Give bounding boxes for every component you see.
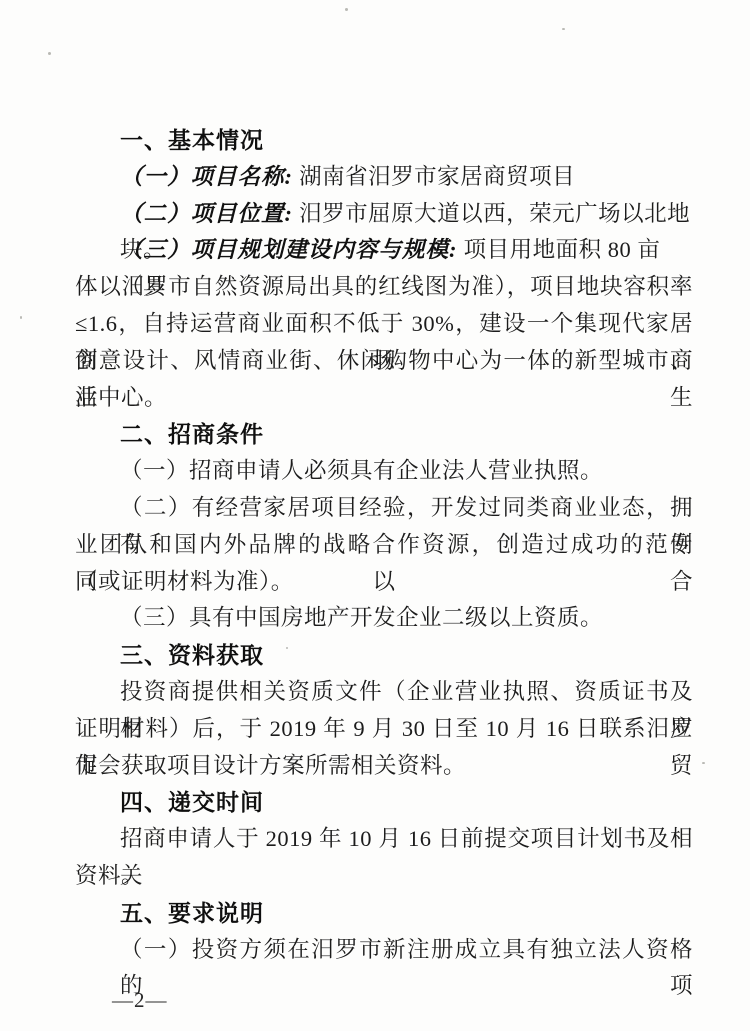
section-heading-5: 五、要求说明 [75, 895, 693, 932]
document-page: 一、基本情况 （一）项目名称: 湖南省汨罗市家居商贸项目 （二）项目位置: 汨罗… [0, 0, 750, 1031]
body-line: 证明材料）后，于 2019 年 9 月 30 日至 10 月 16 日联系汨罗市… [75, 711, 693, 748]
section-heading-1-text: 一、基本情况 [120, 127, 264, 153]
body-text: 创意设计、风情商业街、休闲购物中心为一体的新型城市商业生 [75, 348, 693, 410]
body-line: 创意设计、风情商业街、休闲购物中心为一体的新型城市商业生 [75, 343, 693, 380]
section-heading-4-text: 四、递交时间 [120, 789, 264, 815]
section-heading-5-text: 五、要求说明 [120, 900, 264, 926]
body-text: （三）具有中国房地产开发企业二级以上资质。 [120, 605, 603, 630]
item-line-project-scale: （三）项目规划建设内容与规模: 项目用地面积 80 亩（具 [75, 232, 693, 269]
body-line: 业团队和国内外品牌的战略合作资源，创造过成功的范例（以合 [75, 527, 693, 564]
item-label: （二）项目位置: [120, 201, 293, 226]
scan-speck [562, 28, 565, 30]
item-line-project-location: （二）项目位置: 汨罗市屈原大道以西，荣元广场以北地块。 [75, 196, 693, 233]
section-heading-3-text: 三、资料获取 [120, 642, 264, 668]
body-line: 投资商提供相关资质文件（企业营业执照、资质证书及相应 [75, 674, 693, 711]
body-text: （一）招商申请人必须具有企业法人营业执照。 [120, 458, 603, 483]
body-line: 资料。 [75, 858, 693, 895]
scan-speck [20, 316, 22, 319]
body-line: ≤1.6，自持运营商业面积不低于 30%，建设一个集现代家居商场、 [75, 306, 693, 343]
body-line: 招商申请人于 2019 年 10 月 16 日前提交项目计划书及相关 [75, 821, 693, 858]
body-line: （三）具有中国房地产开发企业二级以上资质。 [75, 600, 693, 637]
item-label: （一）项目名称: [120, 164, 293, 189]
body-text: 同或证明材料为准）。 [75, 569, 294, 594]
body-text: 资料。 [75, 863, 144, 888]
section-heading-4: 四、递交时间 [75, 784, 693, 821]
section-heading-3: 三、资料获取 [75, 637, 693, 674]
body-text: 体以汨罗市自然资源局出具的红线图为准），项目地块容积率 [75, 274, 693, 299]
body-text: 促会获取项目设计方案所需相关资料。 [75, 753, 466, 778]
document-body: 一、基本情况 （一）项目名称: 湖南省汨罗市家居商贸项目 （二）项目位置: 汨罗… [75, 122, 693, 968]
body-line: （一）招商申请人必须具有企业法人营业执照。 [75, 453, 693, 490]
item-line-project-name: （一）项目名称: 湖南省汨罗市家居商贸项目 [75, 159, 693, 196]
body-line: 体以汨罗市自然资源局出具的红线图为准），项目地块容积率 [75, 269, 693, 306]
item-text: 湖南省汨罗市家居商贸项目 [299, 164, 575, 189]
scan-speck [286, 647, 288, 649]
section-heading-2: 二、招商条件 [75, 416, 693, 453]
scan-speck [345, 8, 348, 11]
scan-speck [702, 762, 705, 764]
page-number: —2— [112, 988, 168, 1013]
body-text: （一）投资方须在汨罗市新注册成立具有独立法人资格的项 [120, 937, 693, 999]
scan-speck [48, 52, 51, 55]
section-heading-1: 一、基本情况 [75, 122, 693, 159]
body-line: （一）投资方须在汨罗市新注册成立具有独立法人资格的项 [75, 932, 693, 969]
body-line: （二）有经营家居项目经验，开发过同类商业业态，拥有专 [75, 490, 693, 527]
body-text: 活中心。 [75, 385, 167, 410]
item-label: （三）项目规划建设内容与规模: [120, 237, 458, 262]
section-heading-2-text: 二、招商条件 [120, 421, 264, 447]
